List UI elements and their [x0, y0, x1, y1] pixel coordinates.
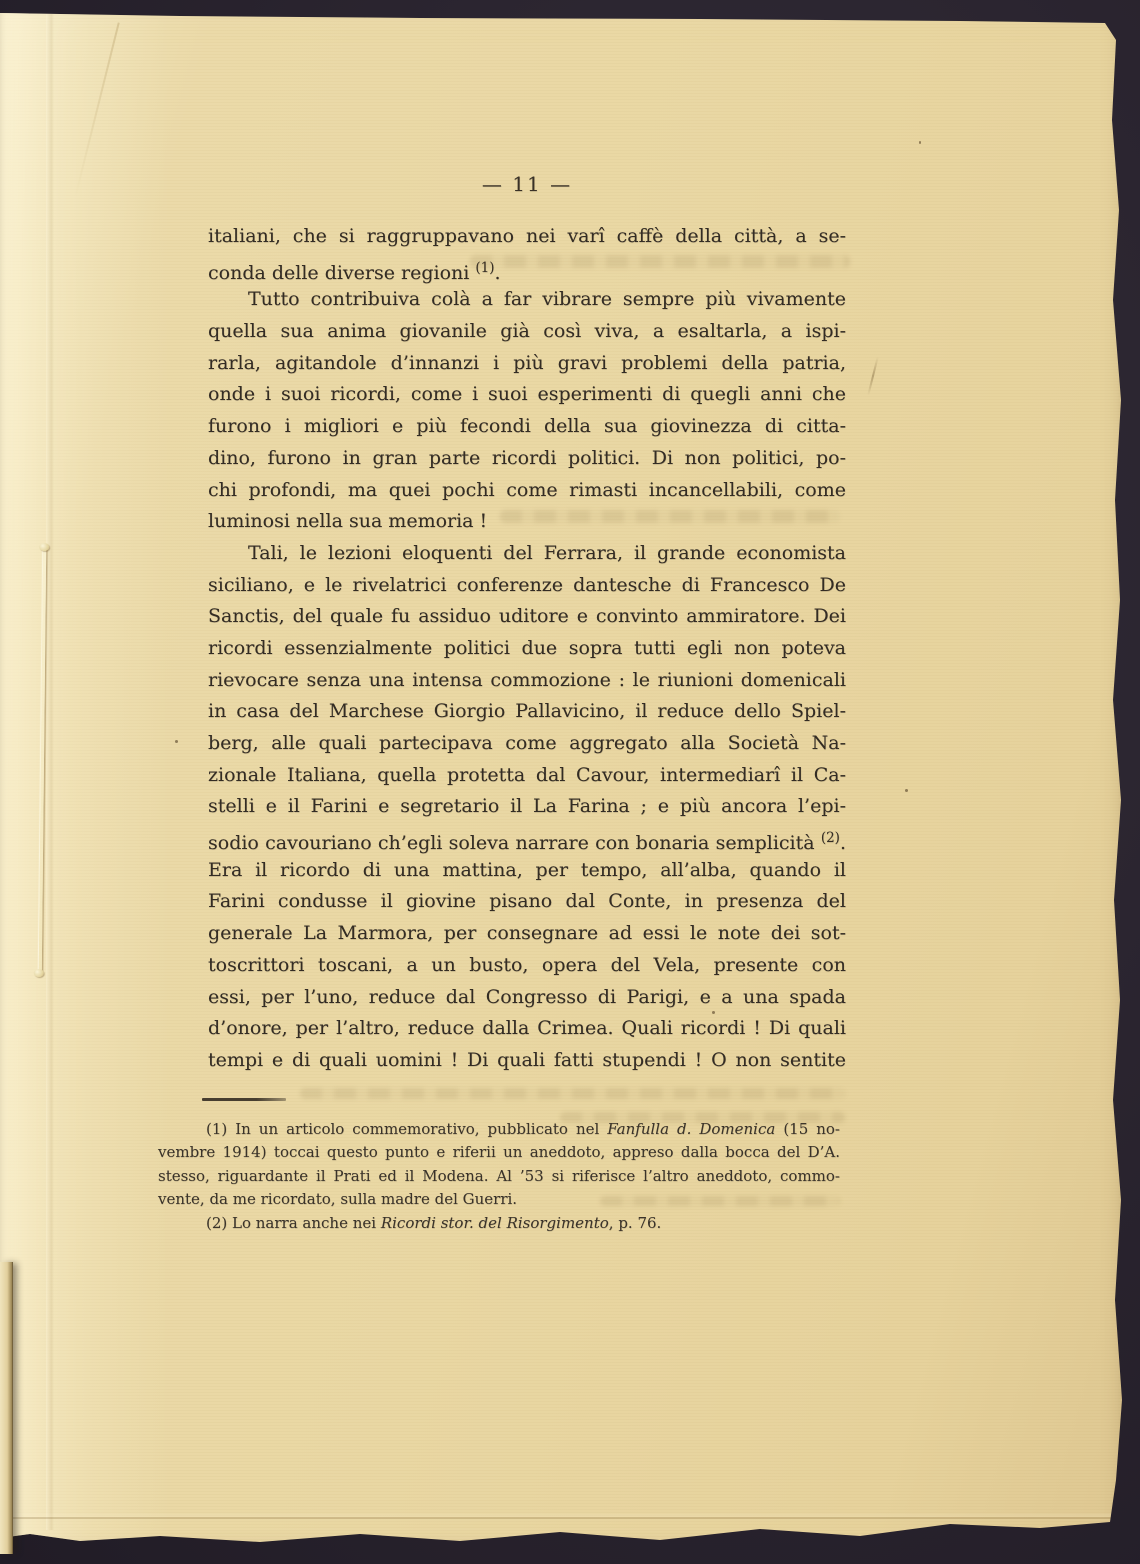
text-line: chi profondi, ma quei pochi come rimasti…	[208, 475, 846, 507]
text-run: ricordi essenzialmente politici due sopr…	[208, 637, 846, 659]
paper-speck	[905, 789, 908, 792]
italic-title: Fanfulla d. Domenica	[607, 1120, 775, 1138]
text-line: dino, furono in gran parte ricordi polit…	[208, 443, 846, 475]
text-line: quella sua anima giovanile già così viva…	[208, 316, 846, 348]
footnote-marker: (1)	[475, 260, 494, 276]
text-run: vente, da me ricordato, sulla madre del …	[158, 1190, 517, 1208]
text-run: .	[840, 832, 846, 854]
text-run: generale La Marmora, per consegnare ad e…	[208, 922, 846, 944]
paragraph: Tutto contribuiva colà a far vibrare sem…	[208, 284, 846, 538]
facing-page-edge	[0, 1262, 13, 1554]
text-line: in casa del Marchese Giorgio Pallavicino…	[208, 696, 846, 728]
text-run: rarla, agitandole d’innanzi i più gravi …	[208, 352, 846, 374]
text-run: , p. 76.	[609, 1214, 662, 1232]
text-line: vembre 1914) toccai questo punto e rifer…	[158, 1141, 840, 1164]
text-run: Sanctis, del quale fu assiduo uditore e …	[208, 605, 846, 627]
text-line: (2) Lo narra anche nei Ricordi stor. del…	[158, 1212, 840, 1235]
text-line: essi, per l’uno, reduce dal Congresso di…	[208, 982, 846, 1014]
paragraph: (2) Lo narra anche nei Ricordi stor. del…	[158, 1212, 840, 1235]
show-through-ghost	[300, 1088, 845, 1099]
text-run: essi, per l’uno, reduce dal Congresso di…	[208, 986, 846, 1008]
corner-crease	[74, 22, 119, 197]
gutter-shading	[0, 0, 170, 1564]
page-number: — 11 —	[208, 172, 846, 196]
text-run: vembre 1914) toccai questo punto e rifer…	[158, 1143, 840, 1161]
paper-speck	[712, 1011, 715, 1014]
text-run: Era il ricordo di una mattina, per tempo…	[208, 859, 846, 881]
text-line: Farini condusse il giovine pisano dal Co…	[208, 886, 846, 918]
text-line: tempi e di quali uomini ! Di quali fatti…	[208, 1045, 846, 1077]
text-run: Tutto contribuiva colà a far vibrare sem…	[248, 288, 846, 310]
footnote-marker: (2)	[821, 830, 840, 846]
text-run: luminosi nella sua memoria !	[208, 510, 487, 532]
paper-speck	[175, 740, 178, 743]
text-run: stesso, riguardante il Prati ed il Moden…	[158, 1167, 840, 1185]
text-line: rarla, agitandole d’innanzi i più gravi …	[208, 348, 846, 380]
text-run: in casa del Marchese Giorgio Pallavicino…	[208, 700, 846, 722]
text-run: (15 no-	[775, 1120, 840, 1138]
text-line: Sanctis, del quale fu assiduo uditore e …	[208, 601, 846, 633]
paragraph: Tali, le lezioni eloquenti del Ferrara, …	[208, 538, 846, 1077]
text-run: Farini condusse il giovine pisano dal Co…	[208, 890, 846, 912]
paper-speck	[919, 141, 921, 144]
scanned-book-photo: — 11 — italiani, che si raggruppavano ne…	[0, 0, 1140, 1564]
text-line: Tali, le lezioni eloquenti del Ferrara, …	[208, 538, 846, 570]
text-line: vente, da me ricordato, sulla madre del …	[158, 1188, 840, 1211]
text-run: rievocare senza una intensa commozione :…	[208, 669, 846, 691]
text-run: stelli e il Farini e segretario il La Fa…	[208, 795, 846, 817]
footnotes: (1) In un articolo commemorativo, pubbli…	[158, 1118, 840, 1235]
paragraph: italiani, che si raggruppavano nei varî …	[208, 221, 846, 284]
main-text: italiani, che si raggruppavano nei varî …	[208, 221, 846, 1077]
text-line: d’onore, per l’altro, reduce dalla Crime…	[208, 1013, 846, 1045]
text-run: d’onore, per l’altro, reduce dalla Crime…	[208, 1017, 846, 1039]
text-line: luminosi nella sua memoria !	[208, 506, 846, 538]
gutter-crease	[46, 14, 54, 1530]
text-line: sodio cavouriano ch’egli soleva narrare …	[208, 823, 846, 855]
text-line: ricordi essenzialmente politici due sopr…	[208, 633, 846, 665]
text-run: Tali, le lezioni eloquenti del Ferrara, …	[248, 542, 846, 564]
text-run: .	[495, 262, 501, 284]
text-run: toscrittori toscani, a un busto, opera d…	[208, 954, 846, 976]
text-line: stelli e il Farini e segretario il La Fa…	[208, 791, 846, 823]
text-run: onde i suoi ricordi, come i suoi esperim…	[208, 383, 846, 405]
paragraph: (1) In un articolo commemorativo, pubbli…	[158, 1118, 840, 1212]
text-line: generale La Marmora, per consegnare ad e…	[208, 918, 846, 950]
text-line: toscrittori toscani, a un busto, opera d…	[208, 950, 846, 982]
text-run: zionale Italiana, quella protetta dal Ca…	[208, 764, 846, 786]
text-line: (1) In un articolo commemorativo, pubbli…	[158, 1118, 840, 1141]
italic-title: Ricordi stor. del Risorgimento	[381, 1214, 609, 1232]
text-line: conda delle diverse regioni (1).	[208, 253, 846, 285]
text-run: italiani, che si raggruppavano nei varî …	[208, 225, 846, 247]
text-run: berg, alle quali partecipava come aggreg…	[208, 732, 846, 754]
thread-knot-bottom	[34, 969, 44, 977]
text-line: Era il ricordo di una mattina, per tempo…	[208, 855, 846, 887]
text-line: siciliano, e le rivelatrici conferenze d…	[208, 570, 846, 602]
book-page: — 11 — italiani, che si raggruppavano ne…	[0, 0, 1140, 1564]
text-line: Tutto contribuiva colà a far vibrare sem…	[208, 284, 846, 316]
text-run: furono i migliori e più fecondi della su…	[208, 415, 846, 437]
bottom-fold-line	[0, 1517, 1112, 1519]
text-line: furono i migliori e più fecondi della su…	[208, 411, 846, 443]
text-line: rievocare senza una intensa commozione :…	[208, 665, 846, 697]
text-line: zionale Italiana, quella protetta dal Ca…	[208, 760, 846, 792]
text-line: stesso, riguardante il Prati ed il Moden…	[158, 1165, 840, 1188]
text-run: tempi e di quali uomini ! Di quali fatti…	[208, 1049, 846, 1071]
text-run: quella sua anima giovanile già così viva…	[208, 320, 846, 342]
text-run: siciliano, e le rivelatrici conferenze d…	[208, 574, 846, 596]
text-line: berg, alle quali partecipava come aggreg…	[208, 728, 846, 760]
text-run: sodio cavouriano ch’egli soleva narrare …	[208, 832, 821, 854]
text-run: (1) In un articolo commemorativo, pubbli…	[206, 1120, 607, 1138]
text-run: dino, furono in gran parte ricordi polit…	[208, 447, 846, 469]
paper-scratch	[867, 356, 879, 395]
text-run: chi profondi, ma quei pochi come rimasti…	[208, 479, 846, 501]
text-run: (2) Lo narra anche nei	[206, 1214, 381, 1232]
thread-knot-top	[39, 543, 49, 551]
text-run: conda delle diverse regioni	[208, 262, 475, 284]
text-line: onde i suoi ricordi, come i suoi esperim…	[208, 379, 846, 411]
footnote-separator	[202, 1098, 286, 1101]
text-line: italiani, che si raggruppavano nei varî …	[208, 221, 846, 253]
